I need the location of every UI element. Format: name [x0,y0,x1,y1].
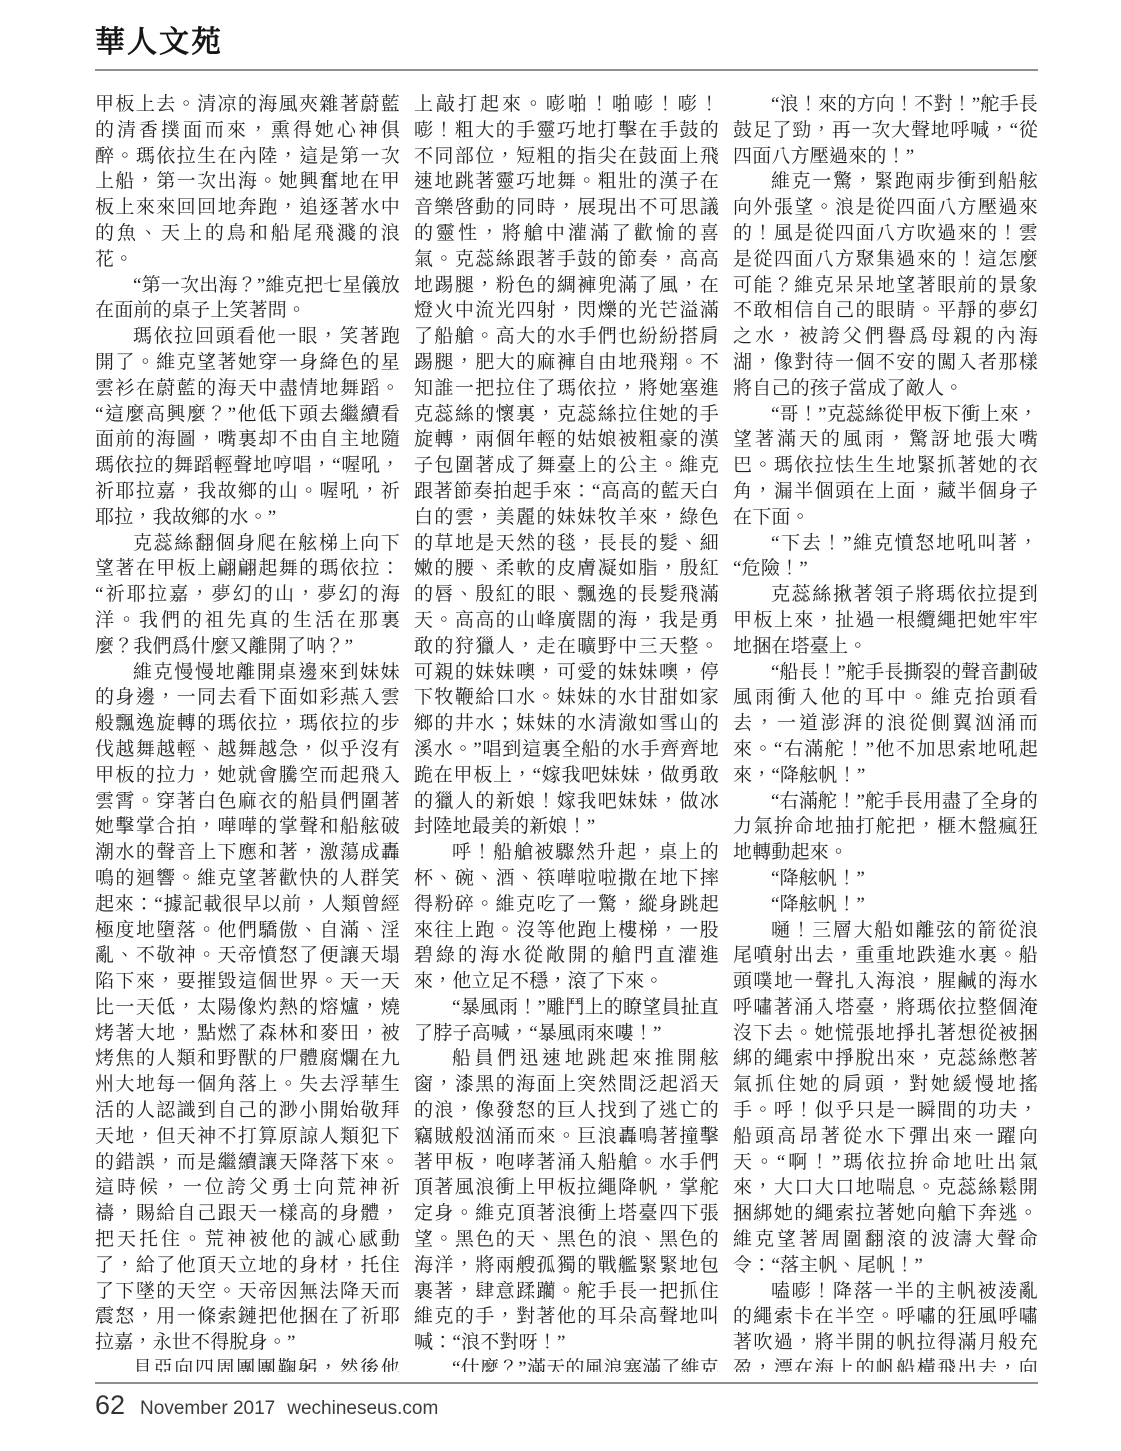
website-url: wechineseus.com [287,1398,438,1420]
paragraph: 嗵！三層大船如離弦的箭從浪尾噴射出去，重重地跌進水裏。船頭噗地一聲扎入海浪，腥鹹… [733,918,1038,1279]
issue-date: November 2017 [140,1398,275,1420]
magazine-page: 華人文苑 甲板上去。清凉的海風夾雜著蔚藍的清香撲面而來，熏得她心神俱醉。瑪依拉生… [95,0,1038,1451]
paragraph: “船長！”舵手長撕裂的聲音劃破風雨衝入他的耳中。維克抬頭看去，一道澎湃的浪從側翼… [733,660,1038,789]
page-header: 華人文苑 [95,0,1038,71]
paragraph: 船員們迅速地跳起來推開舷窗，漆黑的海面上突然間泛起滔天的浪，像發怒的巨人找到了逃… [414,1046,719,1356]
paragraph: “什麼？”滿天的風浪塞滿了維克的耳朵，他聽不到一個字。 [414,1356,719,1372]
paragraph: “浪！來的方向！不對！”舵手長鼓足了勁，再一次大聲地呼喊，“從四面八方壓過來的！… [733,92,1038,169]
paragraph: “降舷帆！” [733,866,1038,892]
paragraph: 維克一驚，緊跑兩步衝到船舷向外張望。浪是從四面八方壓過來的！風是從四面八方吹過來… [733,169,1038,401]
text-column-1: 甲板上去。清凉的海風夾雜著蔚藍的清香撲面而來，熏得她心神俱醉。瑪依拉生在內陸，這… [95,92,400,1372]
page-number: 62 [95,1391,125,1419]
paragraph: 嗑嘭！降落一半的主帆被淩亂的繩索卡在半空。呼嘯的狂風呼嘯著吹過，將半開的帆拉得滿… [733,1279,1038,1372]
paragraph: 貝亞向四周團團鞠躬，然後他把一隻脚踩在凳子上，將手鼓墊在膝蓋 [95,1356,400,1372]
paragraph: “第一次出海？”維克把七星儀放在面前的桌子上笑著問。 [95,273,400,325]
paragraph: “哥！”克蕊絲從甲板下衝上來，望著滿天的風雨，驚訝地張大嘴巴。瑪依拉怯生生地緊抓… [733,402,1038,531]
footer-line: 62 November 2017 wechineseus.com [95,1391,1038,1420]
paragraph: 甲板上去。清凉的海風夾雜著蔚藍的清香撲面而來，熏得她心神俱醉。瑪依拉生在內陸，這… [95,92,400,273]
page-footer: 62 November 2017 wechineseus.com [95,1382,1038,1420]
paragraph: “下去！”維克憤怒地吼叫著，“危險！” [733,531,1038,583]
footer-divider [95,1382,1038,1384]
paragraph: 上敲打起來。嘭啪！啪嘭！嘭！嘭！粗大的手靈巧地打擊在手鼓的不同部位，短粗的指尖在… [414,92,719,840]
paragraph: 克蕊絲翻個身爬在舷梯上向下望著在甲板上翩翩起舞的瑪依拉：“祈耶拉嘉，夢幻的山，夢… [95,531,400,660]
paragraph: “降舷帆！” [733,892,1038,918]
paragraph: 維克慢慢地離開桌邊來到妹妹的身邊，一同去看下面如彩燕入雲般飄逸旋轉的瑪依拉，瑪依… [95,660,400,1357]
paragraph: 呼！船艙被驟然升起，桌上的杯、碗、酒、筷嘩啦啦撒在地下摔得粉碎。維克吃了一驚，縱… [414,840,719,995]
paragraph: 克蕊絲揪著領子將瑪依拉提到甲板上來，扯過一根纜繩把她牢牢地捆在塔臺上。 [733,582,1038,659]
text-column-3: “浪！來的方向！不對！”舵手長鼓足了勁，再一次大聲地呼喊，“從四面八方壓過來的！… [733,92,1038,1372]
article-body: 甲板上去。清凉的海風夾雜著蔚藍的清香撲面而來，熏得她心神俱醉。瑪依拉生在內陸，這… [95,92,1038,1372]
paragraph: “暴風雨！”雕鬥上的瞭望員扯直了脖子高喊，“暴風雨來嘍！” [414,995,719,1047]
paragraph: 瑪依拉回頭看他一眼，笑著跑開了。維克望著她穿一身絳色的星雲衫在蔚藍的海天中盡情地… [95,324,400,530]
section-title: 華人文苑 [95,26,1038,60]
text-column-2: 上敲打起來。嘭啪！啪嘭！嘭！嘭！粗大的手靈巧地打擊在手鼓的不同部位，短粗的指尖在… [414,92,719,1372]
header-divider [95,69,1038,71]
paragraph: “右滿舵！”舵手長用盡了全身的力氣拚命地抽打舵把，榧木盤瘋狂地轉動起來。 [733,789,1038,866]
